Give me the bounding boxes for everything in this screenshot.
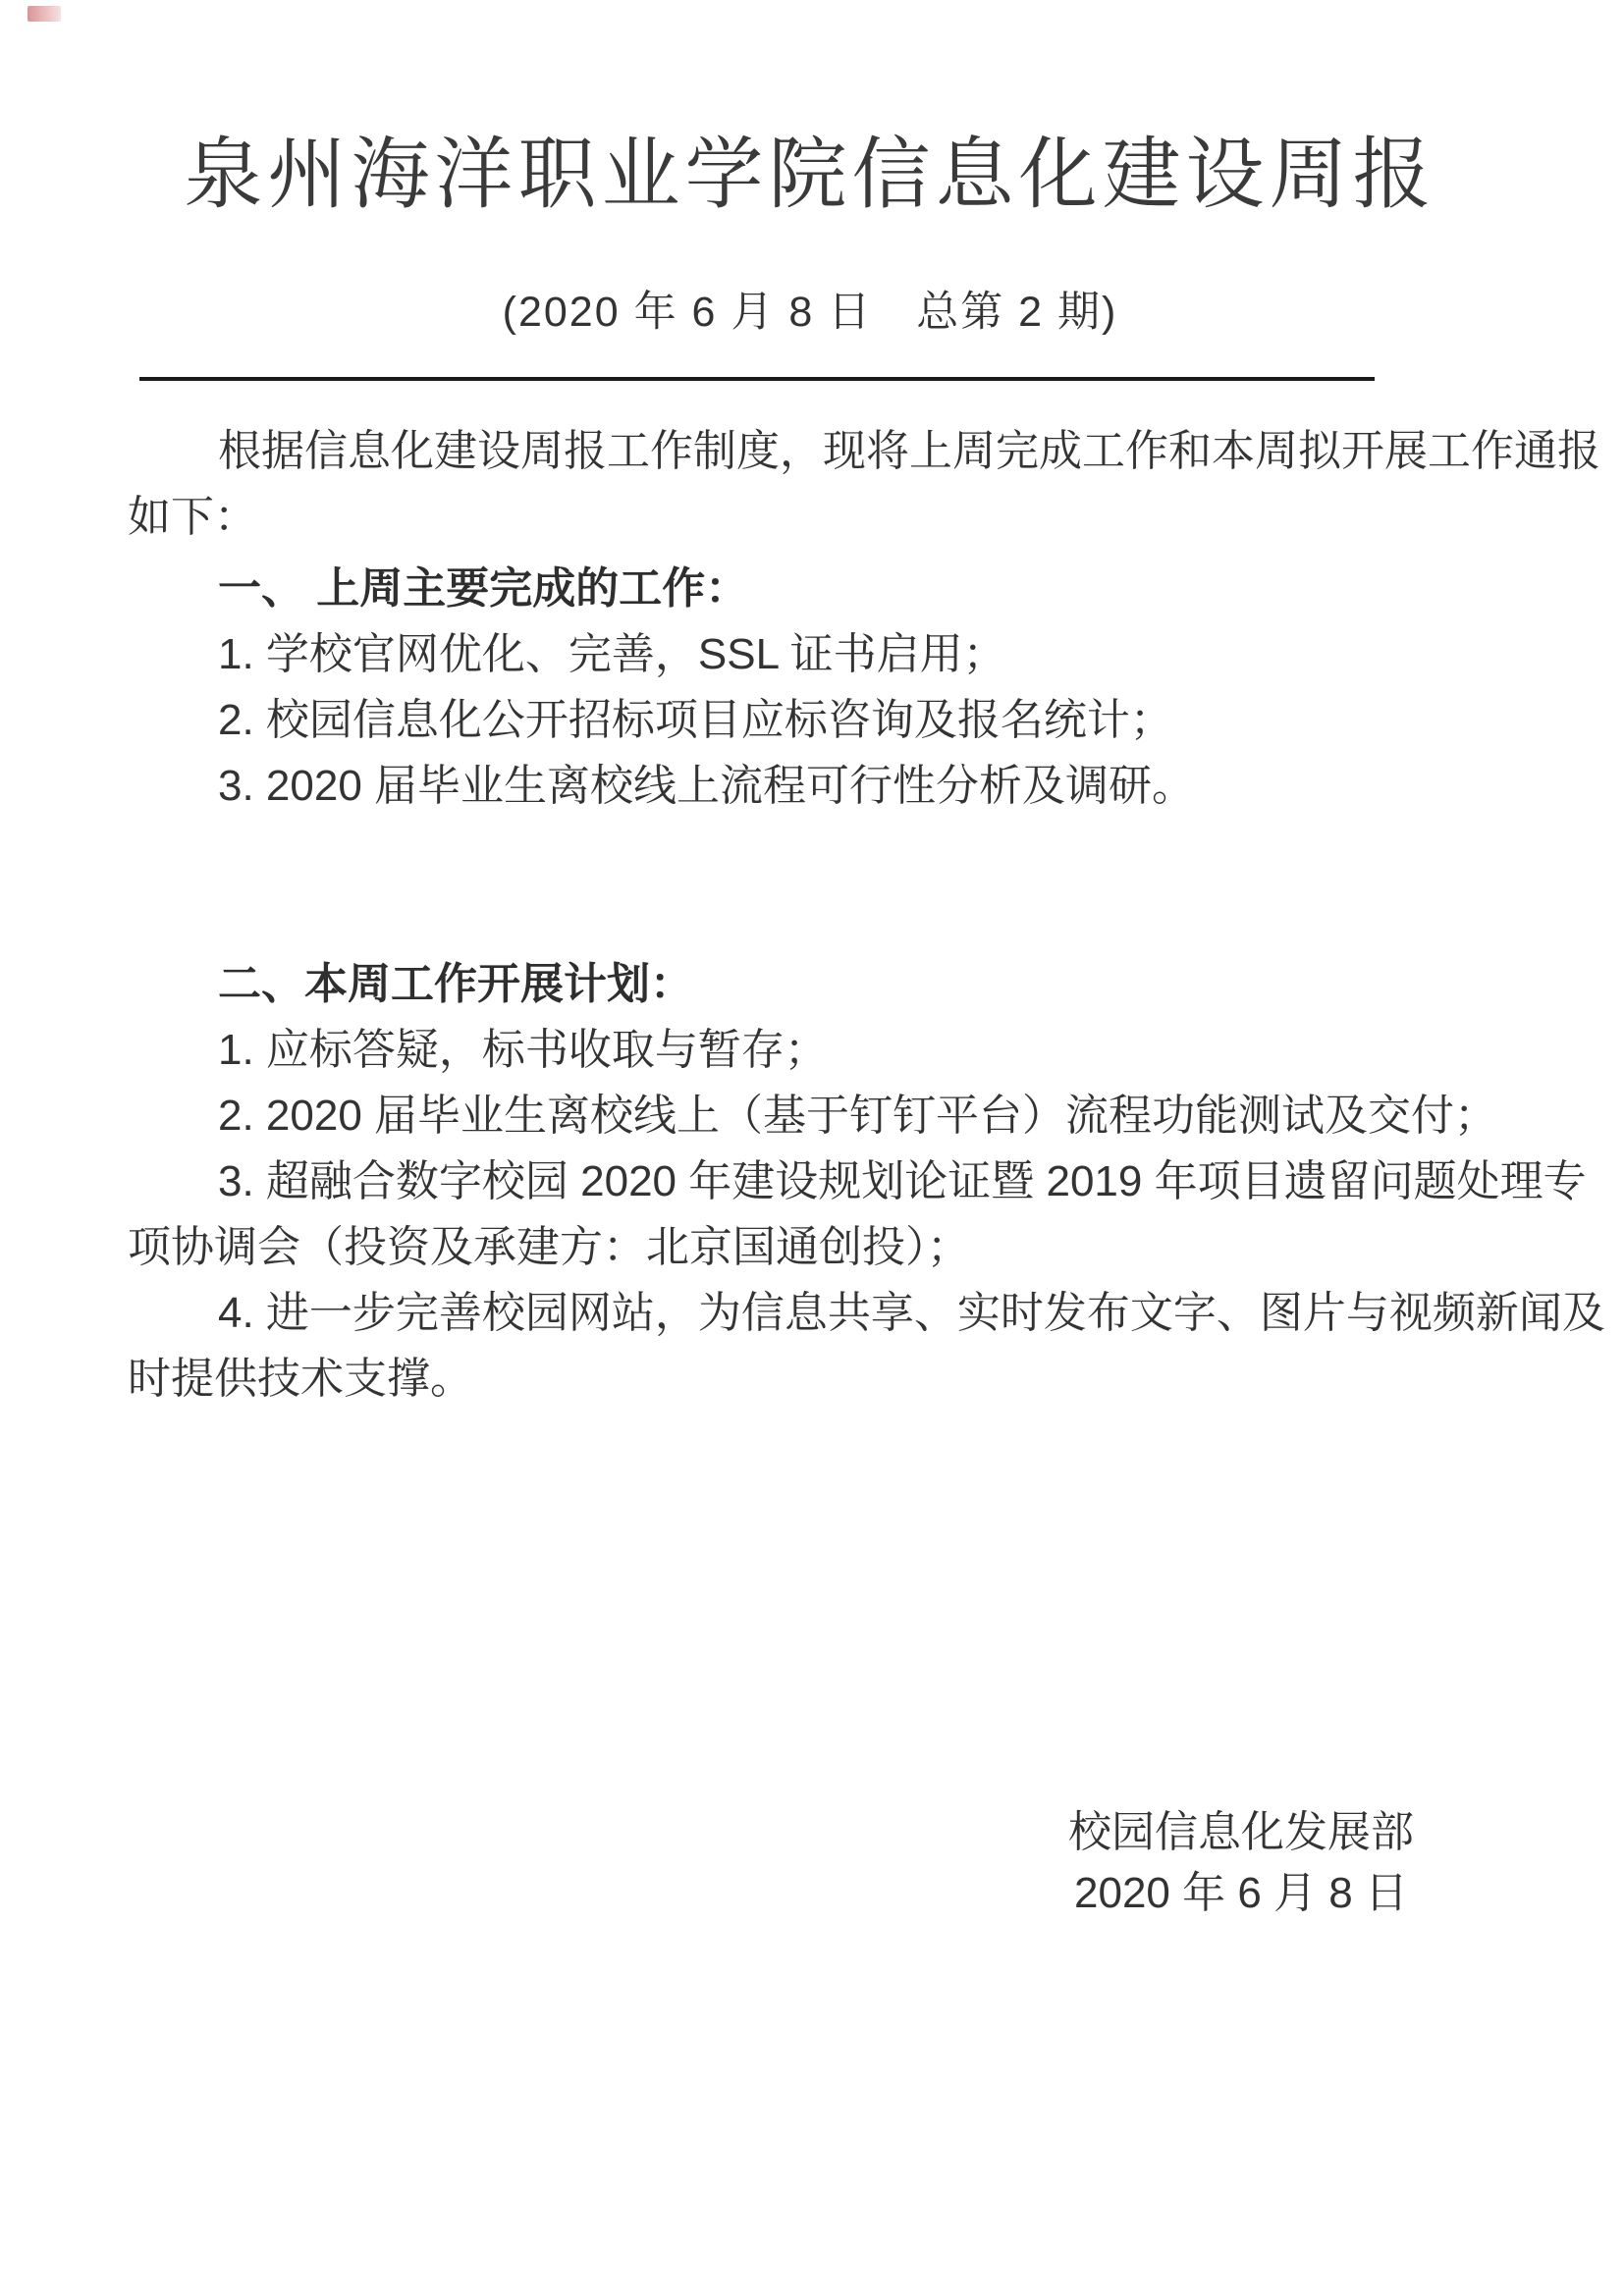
document-subtitle: (2020 年 6 月 8 日 总第 2 期) [128, 283, 1492, 342]
signature-block: 校园信息化发展部 2020 年 6 月 8 日 [1068, 1802, 1414, 1924]
section-1-item-1: 1. 学校官网优化、完善，SSL 证书启用； [128, 621, 1492, 687]
section-2-item-3-line-2: 项协调会（投资及承建方：北京国通创投）； [128, 1214, 1492, 1280]
intro-paragraph-line-2: 如下： [128, 484, 1492, 550]
section-1-item-3: 3. 2020 届毕业生离校线上流程可行性分析及调研。 [128, 753, 1492, 819]
signature-department: 校园信息化发展部 [1068, 1802, 1414, 1863]
document-page: 泉州海洋职业学院信息化建设周报 (2020 年 6 月 8 日 总第 2 期) … [0, 0, 1624, 2296]
document-title: 泉州海洋职业学院信息化建设周报 [128, 106, 1492, 243]
intro-paragraph-line-1: 根据信息化建设周报工作制度，现将上周完成工作和本周拟开展工作通报 [128, 418, 1492, 484]
section-2-item-4-line-2: 时提供技术支撑。 [128, 1346, 1492, 1412]
section-2-item-1: 1. 应标答疑，标书收取与暂存； [128, 1017, 1492, 1083]
title-divider-line [139, 377, 1375, 381]
signature-date: 2020 年 6 月 8 日 [1068, 1863, 1414, 1924]
scan-artifact-mark [27, 6, 61, 22]
document-body: 根据信息化建设周报工作制度，现将上周完成工作和本周拟开展工作通报 如下： 一、 … [128, 418, 1492, 1412]
section-1-item-2: 2. 校园信息化公开招标项目应标咨询及报名统计； [128, 687, 1492, 753]
section-2-item-3-line-1: 3. 超融合数字校园 2020 年建设规划论证暨 2019 年项目遗留问题处理专 [128, 1148, 1492, 1214]
section-1-heading: 一、 上周主要完成的工作： [128, 556, 1492, 621]
section-2-heading: 二、本周工作开展计划： [128, 951, 1492, 1017]
section-2-item-2: 2. 2020 届毕业生离校线上（基于钉钉平台）流程功能测试及交付； [128, 1083, 1492, 1148]
section-2-item-4-line-1: 4. 进一步完善校园网站，为信息共享、实时发布文字、图片与视频新闻及 [128, 1280, 1492, 1346]
